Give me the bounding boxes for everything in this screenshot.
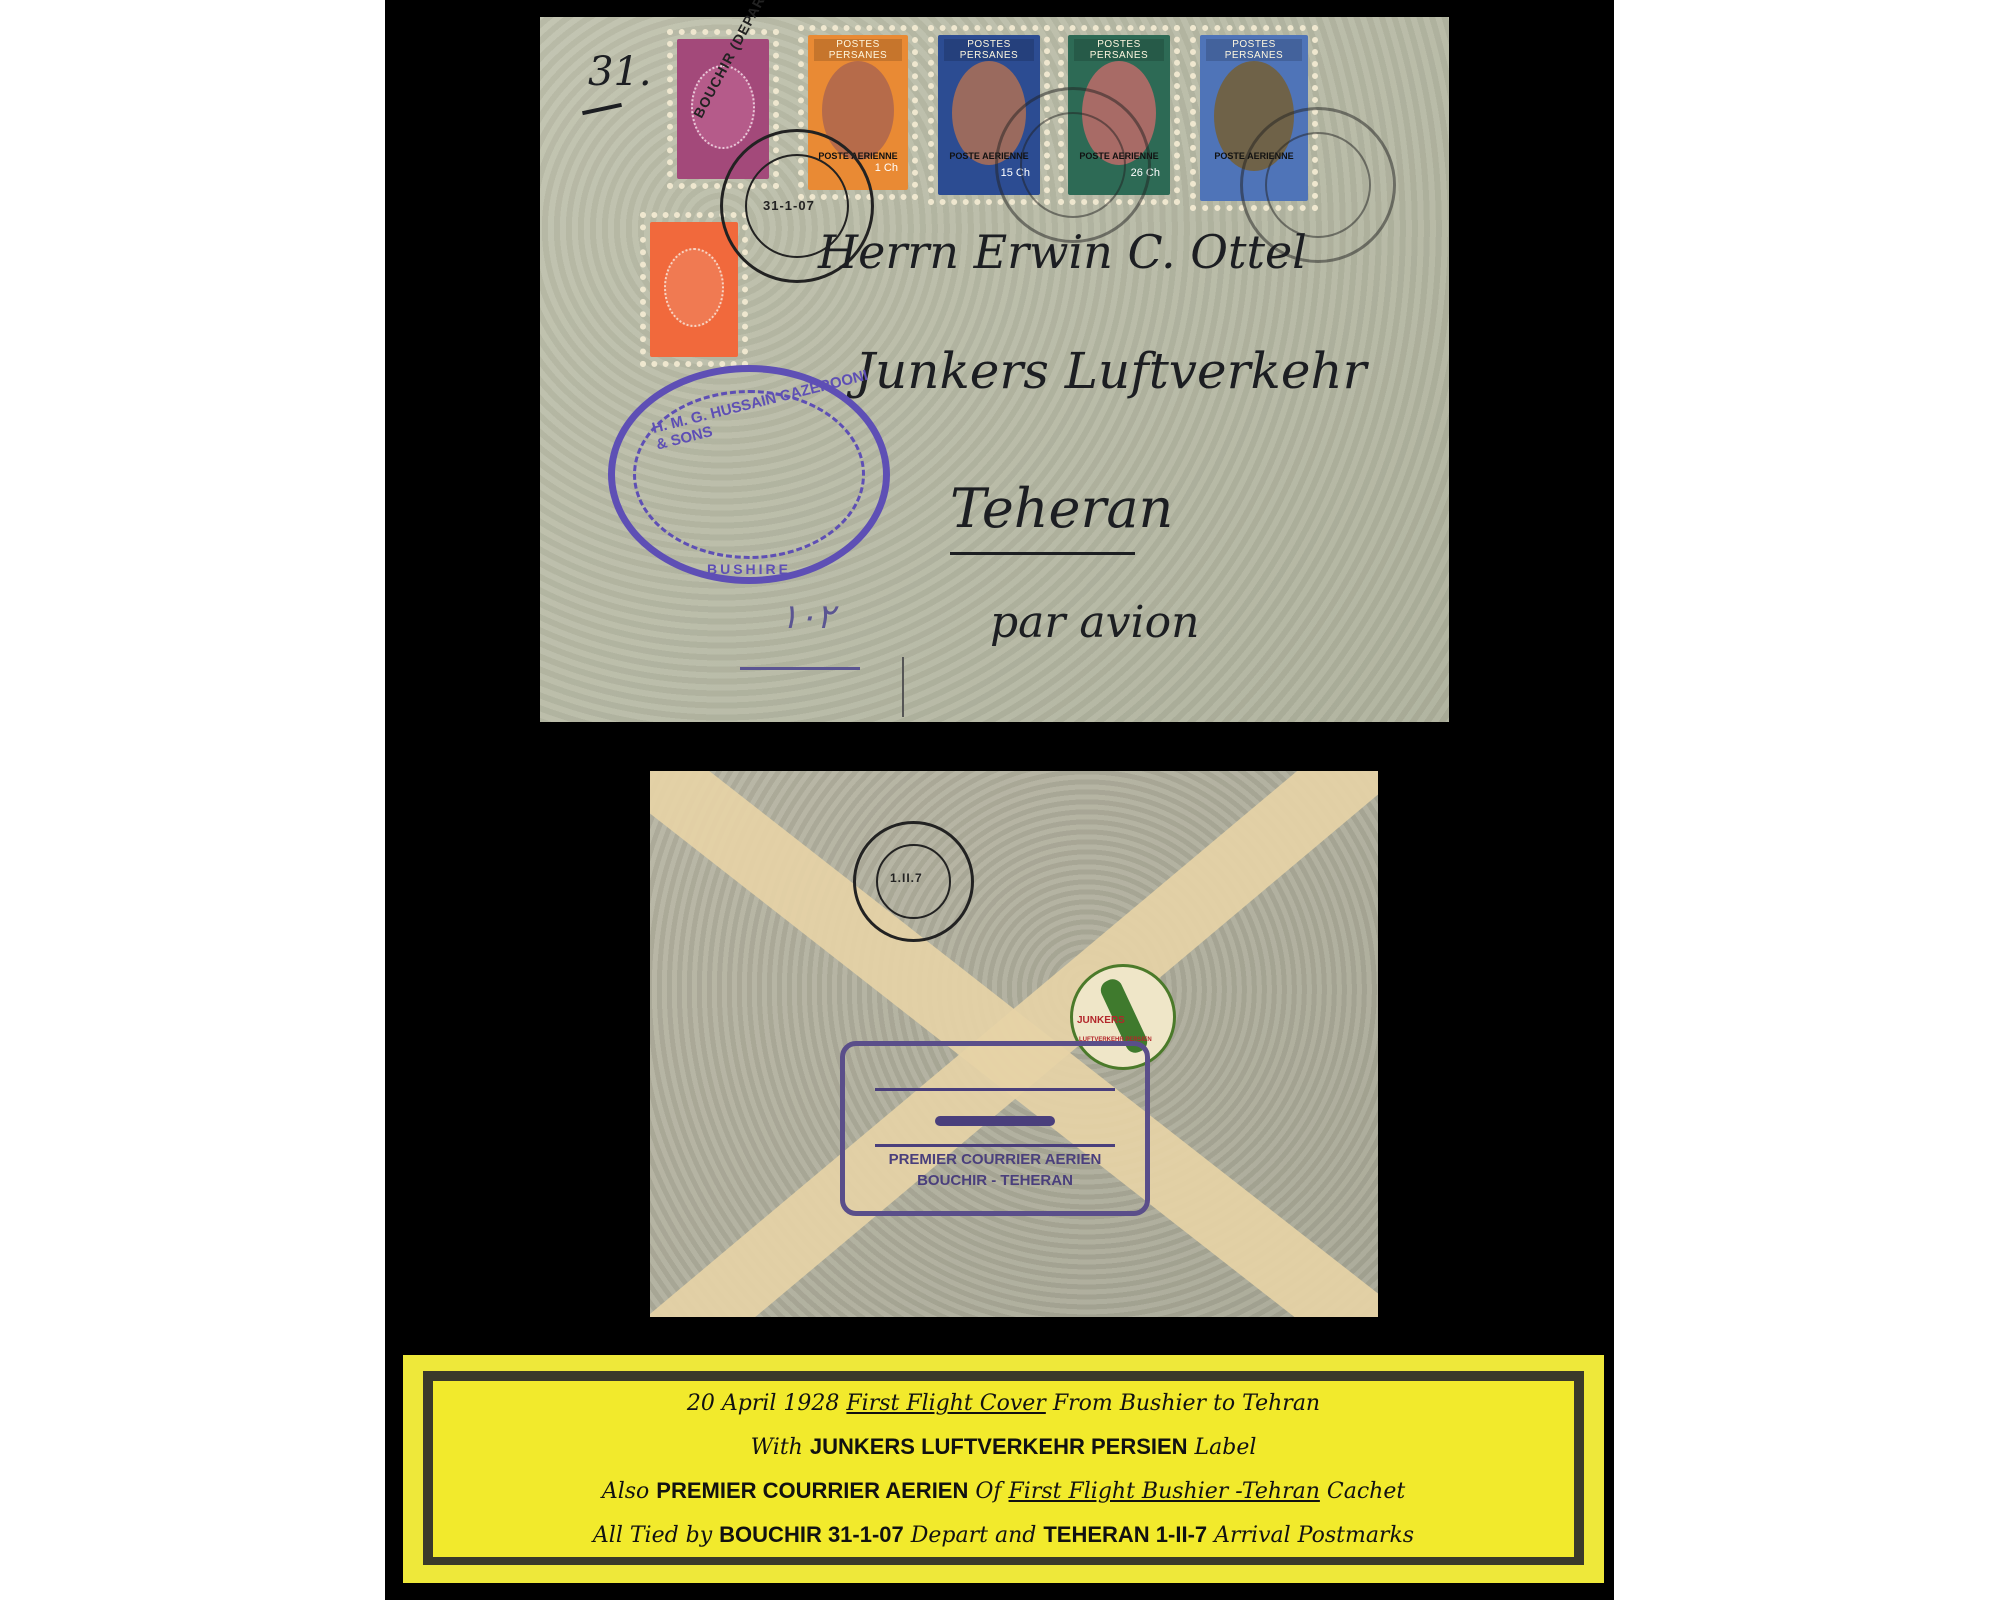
caption-segment: Also bbox=[602, 1479, 656, 1504]
caption-segment: JUNKERS LUFTVERKEHR PERSIEN bbox=[810, 1434, 1188, 1459]
arrival-postmark: 1.II.7 bbox=[853, 821, 974, 942]
caption-segment: TEHERAN 1-II-7 bbox=[1043, 1522, 1207, 1547]
caption-segment: With bbox=[751, 1435, 810, 1460]
caption-segment: From Bushier to Tehran bbox=[1046, 1391, 1320, 1416]
exhibit-page: 31. POSTES PERSANES POSTE AERIENNE 1 Ch … bbox=[385, 0, 1614, 1600]
caption-segment: Arrival Postmarks bbox=[1207, 1523, 1414, 1548]
city-underline bbox=[950, 552, 1135, 555]
postmark-2 bbox=[995, 87, 1151, 243]
caption-segment: Cachet bbox=[1320, 1479, 1405, 1504]
caption-segment: BOUCHIR 31-1-07 bbox=[719, 1522, 904, 1547]
caption-segment: Depart and bbox=[904, 1523, 1044, 1548]
caption-segment: First Flight Bushier -Tehran bbox=[1009, 1479, 1320, 1504]
annotation-number: 31. bbox=[588, 49, 652, 95]
annotation-bottom: ١٠٢ bbox=[780, 597, 835, 637]
address-line-2: Junkers Luftverkehr bbox=[855, 342, 1367, 400]
caption-line-1: 20 April 1928 First Flight Cover From Bu… bbox=[687, 1390, 1320, 1416]
front-cover-envelope: 31. POSTES PERSANES POSTE AERIENNE 1 Ch … bbox=[540, 17, 1449, 722]
caption-segment: Label bbox=[1188, 1435, 1257, 1460]
airplane-icon bbox=[935, 1116, 1055, 1126]
arrow-mark bbox=[902, 657, 904, 717]
back-cover-envelope: 1.II.7 JUNKERS LUFTVERKEHR PERSIEN PREMI… bbox=[650, 771, 1378, 1317]
caption-segment: 20 April 1928 bbox=[687, 1391, 847, 1416]
address-line-3: Teheran bbox=[950, 477, 1173, 540]
annotation-stroke bbox=[740, 667, 860, 670]
annotation-underline bbox=[582, 103, 622, 115]
sender-cachet: H. M. G. HUSSAIN CAZEROONI & SONS BUSHIR… bbox=[608, 365, 890, 584]
caption-line-3: Also PREMIER COURRIER AERIEN Of First Fl… bbox=[602, 1478, 1405, 1504]
caption-segment: Of bbox=[968, 1479, 1008, 1504]
address-line-1: Herrn Erwin C. Ottel bbox=[818, 225, 1307, 279]
caption-segment: PREMIER COURRIER AERIEN bbox=[656, 1478, 968, 1503]
caption-line-2: With JUNKERS LUFTVERKEHR PERSIEN Label bbox=[751, 1434, 1257, 1460]
caption-segment: First Flight Cover bbox=[846, 1391, 1045, 1416]
caption-segment: All Tied by bbox=[593, 1523, 719, 1548]
first-flight-cachet: PREMIER COURRIER AERIEN BOUCHIR - TEHERA… bbox=[840, 1041, 1150, 1216]
caption-line-4: All Tied by BOUCHIR 31-1-07 Depart and T… bbox=[593, 1522, 1414, 1548]
address-line-4: par avion bbox=[990, 597, 1199, 648]
caption-panel: 20 April 1928 First Flight Cover From Bu… bbox=[403, 1355, 1604, 1583]
